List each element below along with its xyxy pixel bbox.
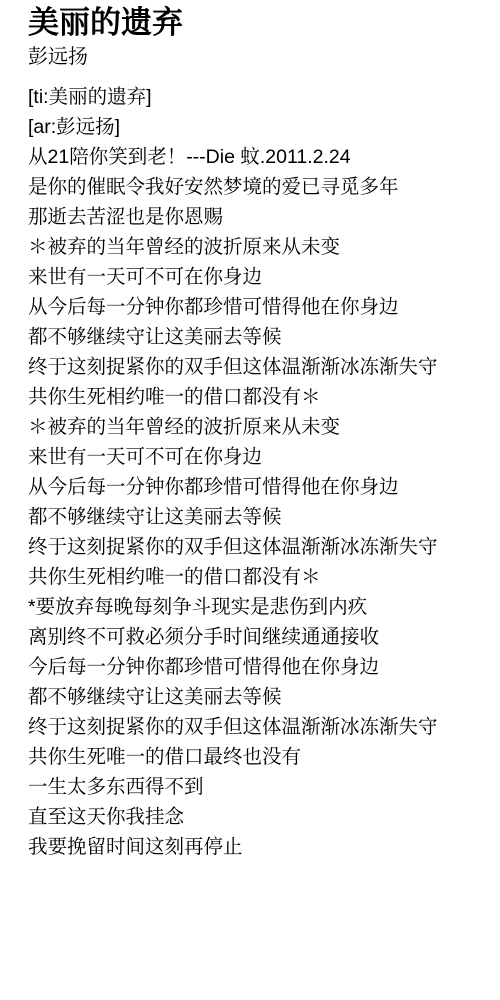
lyric-line: ＊被弃的当年曾经的波折原来从未变 xyxy=(28,232,500,262)
lyric-line: 来世有一天可不可在你身边 xyxy=(28,262,500,292)
lyric-line: 终于这刻捉紧你的双手但这体温渐渐冰冻渐失守 xyxy=(28,532,500,562)
lyric-line: 都不够继续守让这美丽去等候 xyxy=(28,322,500,352)
lyric-line: 共你生死唯一的借口最终也没有 xyxy=(28,742,500,772)
lyric-line: 来世有一天可不可在你身边 xyxy=(28,442,500,472)
artist-name: 彭远扬 xyxy=(28,44,500,70)
lyric-line: 都不够继续守让这美丽去等候 xyxy=(28,682,500,712)
lyric-line: 共你生死相约唯一的借口都没有＊ xyxy=(28,562,500,592)
lyric-line: 共你生死相约唯一的借口都没有＊ xyxy=(28,382,500,412)
lyric-line: ＊被弃的当年曾经的波折原来从未变 xyxy=(28,412,500,442)
lyric-line: 那逝去苦涩也是你恩赐 xyxy=(28,202,500,232)
lyric-line: 今后每一分钟你都珍惜可惜得他在你身边 xyxy=(28,652,500,682)
lyric-line: 离别终不可救必须分手时间继续通通接收 xyxy=(28,622,500,652)
lyric-line: 从今后每一分钟你都珍惜可惜得他在你身边 xyxy=(28,472,500,502)
lyric-line: 终于这刻捉紧你的双手但这体温渐渐冰冻渐失守 xyxy=(28,712,500,742)
lyric-line: [ar:彭远扬] xyxy=(28,112,500,142)
lyric-line: [ti:美丽的遗弃] xyxy=(28,82,500,112)
lyrics-page: 美丽的遗弃 彭远扬 [ti:美丽的遗弃][ar:彭远扬]从21陪你笑到老！---… xyxy=(0,0,500,862)
lyric-line: 是你的催眠令我好安然梦境的爱已寻觅多年 xyxy=(28,172,500,202)
lyric-line: 一生太多东西得不到 xyxy=(28,772,500,802)
song-title: 美丽的遗弃 xyxy=(28,4,500,42)
lyric-line: 我要挽留时间这刻再停止 xyxy=(28,832,500,862)
lyric-line: *要放弃每晚每刻争斗现实是悲伤到内疚 xyxy=(28,592,500,622)
lyric-line: 从21陪你笑到老！---Die 蚊.2011.2.24 xyxy=(28,142,500,172)
lyric-line: 从今后每一分钟你都珍惜可惜得他在你身边 xyxy=(28,292,500,322)
lyric-line: 终于这刻捉紧你的双手但这体温渐渐冰冻渐失守 xyxy=(28,352,500,382)
lyrics-body: [ti:美丽的遗弃][ar:彭远扬]从21陪你笑到老！---Die 蚊.2011… xyxy=(28,82,500,862)
lyric-line: 都不够继续守让这美丽去等候 xyxy=(28,502,500,532)
lyric-line: 直至这天你我挂念 xyxy=(28,802,500,832)
